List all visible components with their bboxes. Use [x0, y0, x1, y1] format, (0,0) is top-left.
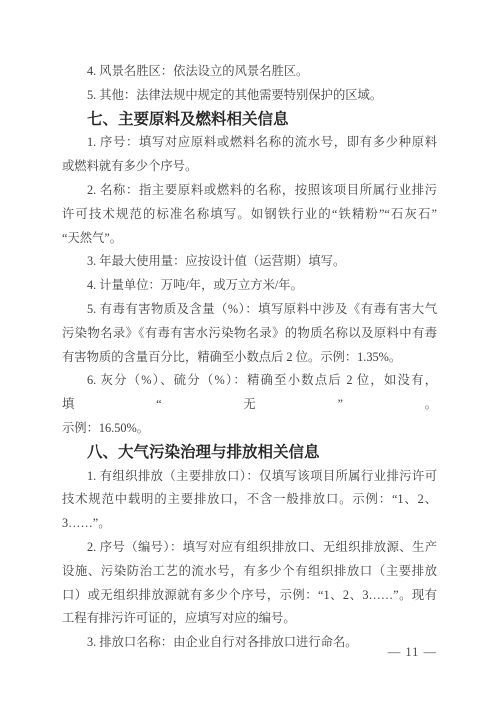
text-line: 许可技术规范的标准名称填写。如钢铁行业的“铁精粉”“石灰石”: [62, 203, 437, 227]
text-line: 污染物名录》《有毒有害水污染物名录》的物质名称以及原料中有毒: [62, 322, 437, 346]
text-line: 技术规范中载明的主要排放口，不含一般排放口。示例：“1、2、: [62, 488, 437, 512]
section-heading: 七、主要原料及燃料相关信息: [62, 108, 437, 132]
document-body: 4. 风景名胜区：依法设立的风景名胜区。 5. 其他：法律法规中规定的其他需要特…: [62, 60, 437, 655]
text-line: 1. 序号：填写对应原料或燃料名称的流水号，即有多少种原料: [62, 131, 437, 155]
text-line: “天然气”。: [62, 227, 437, 251]
text-line: 3……”。: [62, 512, 437, 536]
text-line: 5. 有毒有害物质及含量（%）：填写原料中涉及《有毒有害大气: [62, 298, 437, 322]
text-line: 5. 其他：法律法规中规定的其他需要特别保护的区域。: [62, 84, 437, 108]
text-line: 4. 计量单位：万吨/年，或万立方米/年。: [62, 274, 437, 298]
text-line: 有害物质的含量百分比，精确至小数点后 2 位。示例：1.35%。: [62, 346, 437, 370]
page-number: — 11 —: [388, 645, 437, 660]
text-line: 4. 风景名胜区：依法设立的风景名胜区。: [62, 60, 437, 84]
text-line: 1. 有组织排放（主要排放口）：仅填写该项目所属行业排污许可: [62, 465, 437, 489]
text-line: 工程有排污许可证的，应填写对应的编号。: [62, 607, 437, 631]
text-line: 设施、污染防治工艺的流水号，有多少个有组织排放口（主要排放: [62, 560, 437, 584]
text-line: 6. 灰分（%）、硫分（%）：精确至小数点后 2 位，如没有，填“无”。: [62, 369, 437, 417]
section-heading: 八、大气污染治理与排放相关信息: [62, 441, 437, 465]
text-line: 口）或无组织排放源就有多少个序号，示例：“1、2、3……”。现有: [62, 584, 437, 608]
text-line: 3. 年最大使用量：应按设计值（运营期）填写。: [62, 250, 437, 274]
text-line: 2. 名称：指主要原料或燃料的名称，按照该项目所属行业排污: [62, 179, 437, 203]
document-page: 4. 风景名胜区：依法设立的风景名胜区。 5. 其他：法律法规中规定的其他需要特…: [0, 0, 497, 702]
text-line: 或燃料就有多少个序号。: [62, 155, 437, 179]
text-line: 示例：16.50%。: [62, 417, 437, 441]
text-line: 3. 排放口名称：由企业自行对各排放口进行命名。: [62, 631, 437, 655]
text-line: 2. 序号（编号）：填写对应有组织排放口、无组织排放源、生产: [62, 536, 437, 560]
